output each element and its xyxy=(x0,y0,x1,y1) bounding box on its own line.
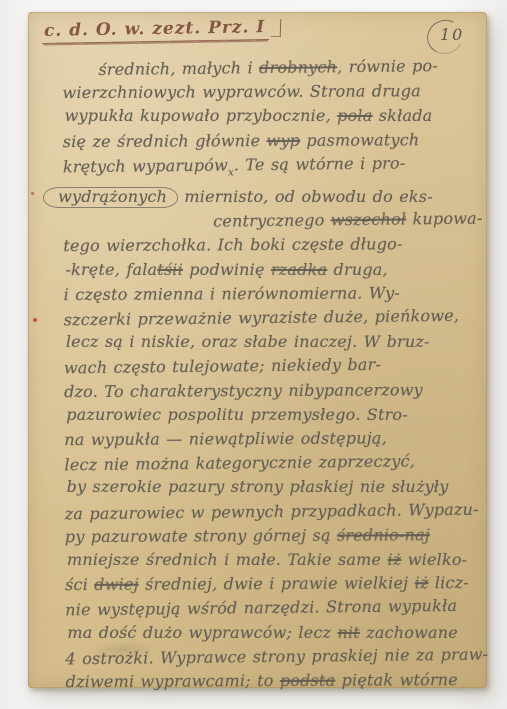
handwritten-line: tego wierzchołka. Ich boki częste długo- xyxy=(63,232,478,258)
handwritten-text: składa xyxy=(372,106,432,125)
handwritten-text: piętak wtórne xyxy=(335,670,458,690)
handwritten-line: wierzchniowych wyprawców. Strona druga xyxy=(62,79,477,105)
handwritten-text: centrycznego xyxy=(213,211,331,231)
handwritten-line: py pazurowate strony górnej są średnio-n… xyxy=(65,523,480,549)
handwritten-text: wach często tulejowate; niekiedy bar- xyxy=(64,355,381,378)
struck-word: podsta xyxy=(280,671,336,690)
handwritten-text: miernisto, od obwodu do eks- xyxy=(178,187,433,206)
handwritten-text: . Te są wtórne i pro- xyxy=(234,153,406,174)
pencil-smudge xyxy=(88,642,158,658)
handwritten-text: szczerki przeważnie wyraziste duże, pień… xyxy=(64,306,460,329)
handwritten-text: kupowa- xyxy=(406,209,482,229)
handwritten-text: py pazurowate strony górnej są xyxy=(65,526,337,546)
handwritten-text: licz- xyxy=(428,573,468,592)
handwritten-text: na wypukła — niewątpliwie odstępują, xyxy=(64,428,387,449)
handwritten-text: krętych wyparupów xyxy=(63,155,228,176)
handwritten-text: , równie po- xyxy=(337,56,438,76)
handwritten-text: by szerokie pazury strony płaskiej nie s… xyxy=(67,477,449,496)
handwritten-line: wypukła kupowało przybocznie, pola skład… xyxy=(65,104,480,128)
handwritten-text: -kręte, fala xyxy=(65,260,157,279)
handwritten-line: dziwemi wyprawcami; to podsta piętak wtó… xyxy=(66,668,481,694)
handwritten-text: średnich, małych i xyxy=(98,58,259,79)
manuscript-lines: średnich, małych i drobnych, równie po-w… xyxy=(62,55,480,694)
handwritten-text: dziwemi wyprawcami; to xyxy=(66,671,280,691)
handwritten-text: za pazurowiec w pewnych przypadkach. Wyp… xyxy=(65,499,479,523)
struck-word: średnio-naj xyxy=(337,525,430,544)
struck-word: wszechoł xyxy=(331,210,407,230)
page-header: c. d. O. w. zezt. Prz. I xyxy=(42,19,281,42)
header-bracket-mark xyxy=(271,19,282,37)
handwritten-line: mniejsze średnich i małe. Takie same iż … xyxy=(67,548,482,572)
photo-backdrop: c. d. O. w. zezt. Prz. I 10 średnich, ma… xyxy=(0,0,507,709)
handwritten-line: za pazurowiec w pewnych przypadkach. Wyp… xyxy=(65,497,480,526)
handwritten-line: wydrążonych miernisto, od obwodu do eks- xyxy=(55,185,480,209)
handwritten-text: podwinię xyxy=(183,260,271,279)
handwritten-text: pasmowatych xyxy=(300,130,419,150)
handwritten-text: lecz nie można kategorycznie zaprzeczyć, xyxy=(64,452,415,475)
red-pencil-dot xyxy=(33,318,37,322)
handwritten-line: krętych wyparupówx. Te są wtórne i pro- xyxy=(63,150,478,187)
struck-word: iż xyxy=(388,550,402,569)
handwritten-line: i często zmienna i nierównomierna. Wy- xyxy=(64,281,479,307)
handwritten-line: centrycznego wszechoł kupowa- xyxy=(63,207,478,236)
handwritten-line: by szerokie pazury strony płaskiej nie s… xyxy=(67,475,482,499)
struck-word: pola xyxy=(337,106,372,125)
circled-word: wydrążonych xyxy=(43,187,178,208)
handwritten-text: druga, xyxy=(327,260,388,279)
handwritten-line: pazurowiec pospolitu przemysłego. Stro- xyxy=(66,403,481,427)
handwritten-text: i często zmienna i nierównomierna. Wy- xyxy=(64,283,401,304)
handwritten-line: dzo. To charakterystyczny nibypancerzowy xyxy=(64,378,479,404)
handwritten-text: pazurowiec pospolitu przemysłego. Stro- xyxy=(66,405,408,424)
handwritten-text: wielko- xyxy=(401,550,467,569)
handwritten-line: średnich, małych i drobnych, równie po- xyxy=(62,54,477,83)
handwritten-text: zachowane xyxy=(360,623,458,642)
handwritten-text: średniej, dwie i prawie wielkiej xyxy=(139,574,415,594)
page-number-value: 10 xyxy=(440,25,464,44)
handwritten-text: wypukła kupowało przybocznie, xyxy=(65,106,338,125)
handwritten-text: tego wierzchołka. Ich boki częste długo- xyxy=(63,235,402,256)
paper-page: c. d. O. w. zezt. Prz. I 10 średnich, ma… xyxy=(28,12,487,688)
handwritten-line: lecz są i niskie, oraz słabe inaczej. W … xyxy=(66,330,481,354)
struck-word: drobnych xyxy=(259,57,337,77)
header-label: c. d. O. w. zezt. Prz. I xyxy=(42,17,270,44)
handwritten-text: nie występują wśród narzędzi. Strona wyp… xyxy=(65,596,457,619)
red-pencil-dot-small xyxy=(31,192,34,195)
handwritten-text: lecz są i niskie, oraz słabe inaczej. W … xyxy=(66,332,430,351)
struck-word: iż xyxy=(415,573,429,592)
handwritten-line: lecz nie można kategorycznie zaprzeczyć, xyxy=(64,449,479,478)
handwritten-text: się ze średnich głównie xyxy=(63,131,267,151)
struck-word: wyp xyxy=(266,130,300,149)
struck-word: nit xyxy=(337,623,359,642)
handwritten-line: wach często tulejowate; niekiedy bar- xyxy=(64,352,479,381)
struck-word: dwiej xyxy=(94,575,139,594)
handwritten-text: mniejsze średnich i małe. Takie same xyxy=(67,550,388,569)
page-number: 10 xyxy=(431,22,465,52)
struck-word: tśii xyxy=(157,260,183,279)
handwritten-line: -kręte, falatśii podwinię rzadka druga, xyxy=(65,258,480,282)
handwritten-line: się ze średnich głównie wyp pasmowatych xyxy=(63,128,478,154)
handwritten-text: ma dość dużo wyprawców; lecz xyxy=(67,623,337,642)
handwritten-line: szczerki przeważnie wyraziste duże, pień… xyxy=(64,304,479,333)
handwritten-text: dzo. To charakterystyczny nibypancerzowy xyxy=(64,380,423,401)
handwritten-text: ści xyxy=(65,575,94,594)
handwritten-line: nie występują wśród narzędzi. Strona wyp… xyxy=(65,594,480,623)
struck-word: rzadka xyxy=(271,260,327,279)
handwritten-text: wierzchniowych wyprawców. Strona druga xyxy=(62,81,420,102)
